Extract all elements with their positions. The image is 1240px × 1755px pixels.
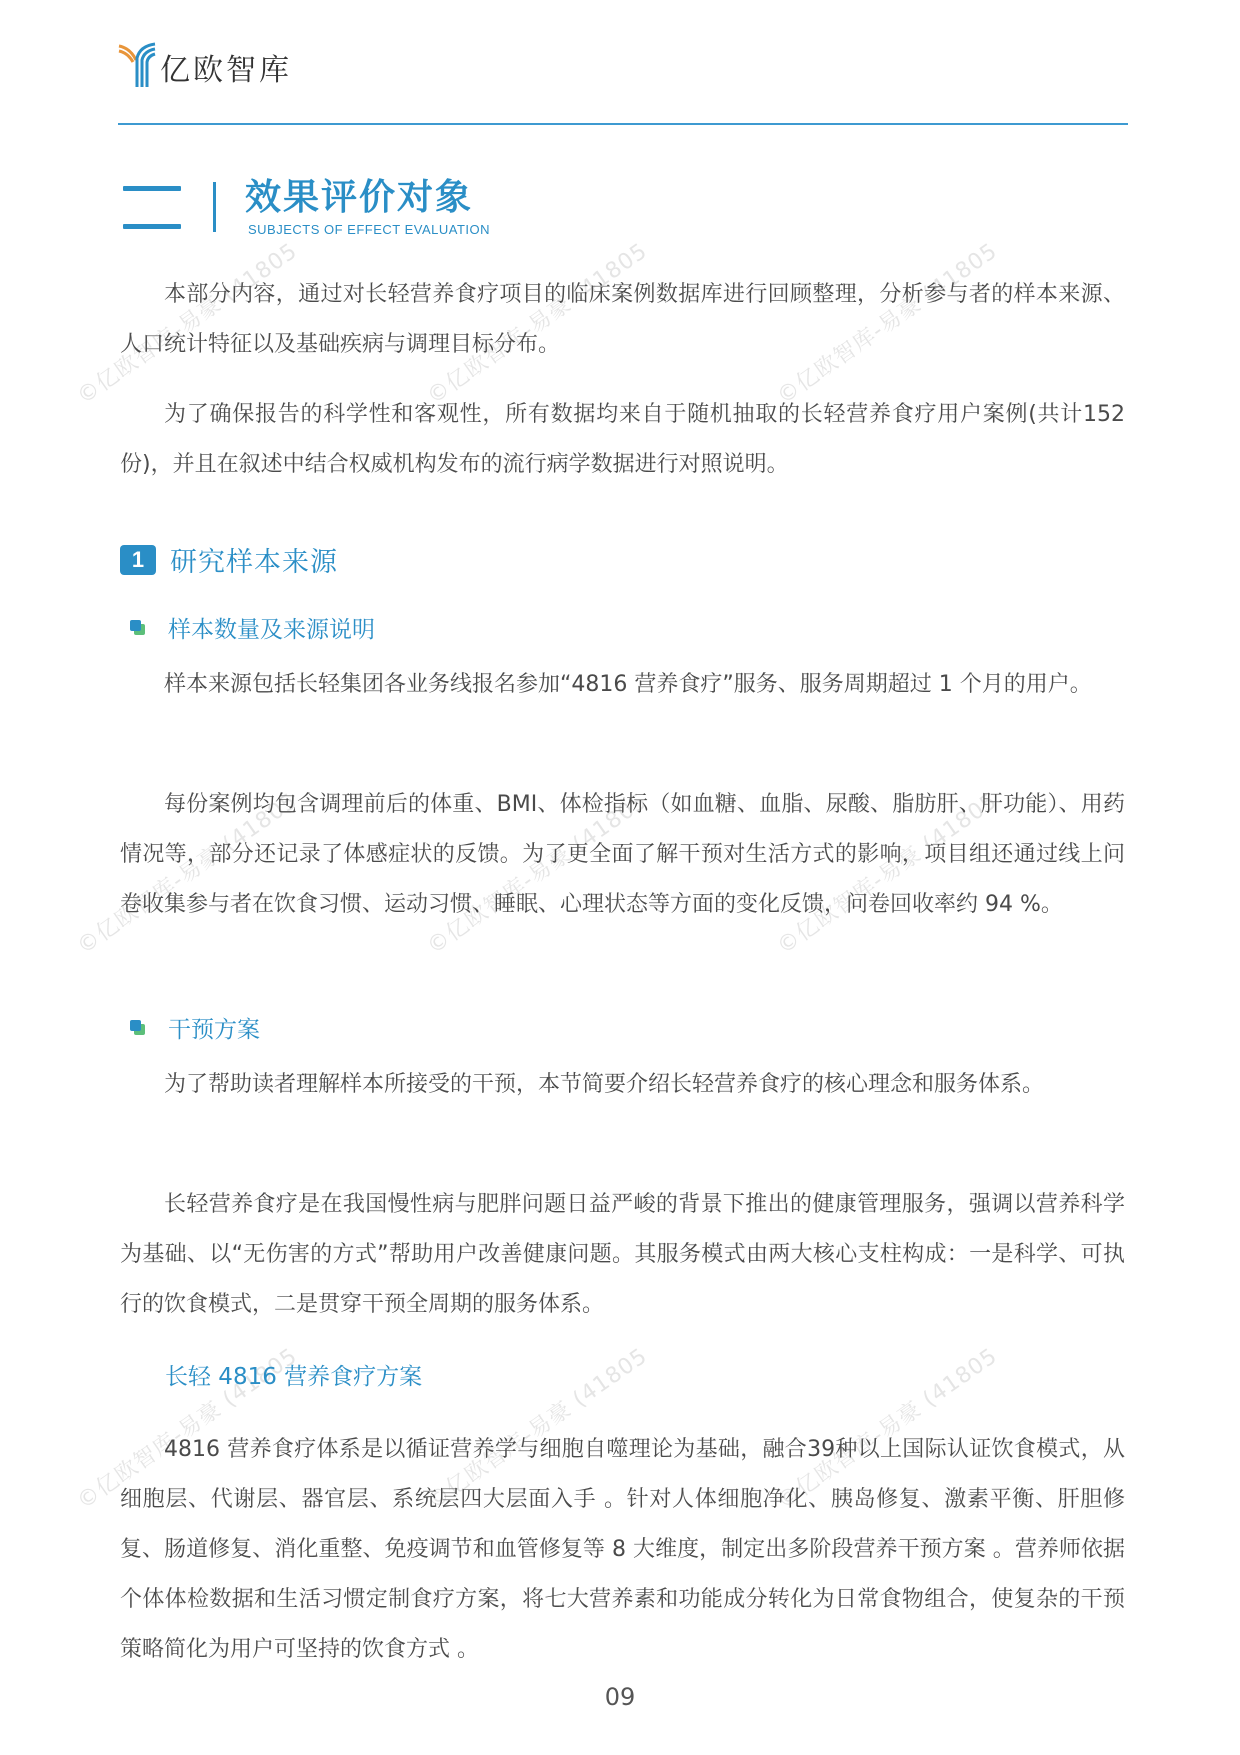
chapter-subtitle: SUBJECTS OF EFFECT EVALUATION [248,222,490,237]
intro-paragraph-2: 为了确保报告的科学性和客观性，所有数据均来自于随机抽取的长轻营养食疗用户案例(共… [120,390,1125,490]
subheading-intervention: 干预方案 [130,1011,260,1044]
brand-name: 亿欧智库 [160,54,292,88]
subheading-title: 样本数量及来源说明 [168,611,375,644]
chapter-number-icon [123,186,181,231]
chapter-title: 效果评价对象 [245,176,473,220]
plan-paragraph: 4816 营养食疗体系是以循证营养学与细胞自噬理论为基础，融合39种以上国际认证… [120,1425,1125,1675]
square-bullet-icon [130,1020,146,1036]
chapter-separator [213,182,216,232]
section-number-badge: 1 [120,545,156,575]
square-bullet-icon [130,620,146,636]
sample-source-paragraph-2: 每份案例均包含调理前后的体重、BMI、体检指标（如血糖、血脂、尿酸、脂肪肝、肝功… [120,780,1125,930]
brand-logo-icon [118,42,156,88]
page-number: 09 [0,1683,1240,1711]
header-divider [118,123,1128,125]
document-page: ©亿欧智库-易豪 (41805 ©亿欧智库-易豪 (41805 ©亿欧智库-易豪… [0,0,1240,1755]
subheading-sample-source: 样本数量及来源说明 [130,611,375,644]
intervention-paragraph-2: 长轻营养食疗是在我国慢性病与肥胖问题日益严峻的背景下推出的健康管理服务，强调以营… [120,1180,1125,1330]
subheading-title: 干预方案 [168,1011,260,1044]
sample-source-paragraph-1: 样本来源包括长轻集团各业务线报名参加“4816 营养食疗”服务、服务周期超过 1… [120,660,1125,710]
brand-logo: 亿欧智库 [118,38,292,88]
section-title: 研究样本来源 [170,540,338,579]
section-heading: 1 研究样本来源 [120,540,338,579]
intervention-paragraph-1: 为了帮助读者理解样本所接受的干预，本节简要介绍长轻营养食疗的核心理念和服务体系。 [120,1060,1125,1110]
intro-paragraph-1: 本部分内容，通过对长轻营养食疗项目的临床案例数据库进行回顾整理，分析参与者的样本… [120,270,1125,370]
subheading-4816-plan: 长轻 4816 营养食疗方案 [165,1358,422,1391]
